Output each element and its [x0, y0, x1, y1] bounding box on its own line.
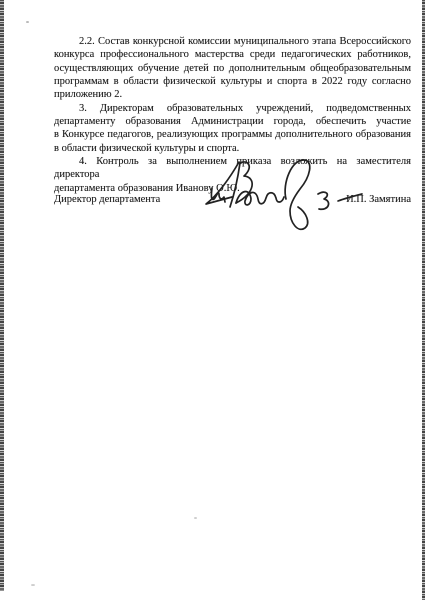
text-line: приложению 2.	[54, 88, 411, 101]
signer-title: Директор департамента	[54, 193, 160, 206]
text-line: департаменту образования Администрации г…	[54, 115, 411, 128]
paragraph-2-2: 2.2. Состав конкурсной комиссии муниципа…	[54, 35, 411, 102]
scan-edge-left	[0, 0, 4, 591]
scan-edge-right	[422, 0, 426, 600]
text-line: осуществляющих обучение детей по дополни…	[54, 62, 411, 75]
text-line: 2.2. Состав конкурсной комиссии муниципа…	[54, 35, 411, 48]
text-line: программам в области физической культуры…	[54, 75, 411, 88]
paragraph-3: 3. Директорам образовательных учреждений…	[54, 102, 411, 155]
text-line: конкурса профессионального мастерства ср…	[54, 48, 411, 61]
scan-speck	[26, 21, 29, 23]
handwritten-signature-icon	[198, 157, 368, 245]
text-line: в области физической культуры и спорта.	[54, 142, 411, 155]
scan-speck	[194, 517, 197, 519]
scanned-document-page: 2.2. Состав конкурсной комиссии муниципа…	[0, 0, 427, 600]
scan-speck	[31, 584, 35, 586]
text-line: в Конкурсе педагогов, реализующих програ…	[54, 128, 411, 141]
text-line: 3. Директорам образовательных учреждений…	[54, 102, 411, 115]
